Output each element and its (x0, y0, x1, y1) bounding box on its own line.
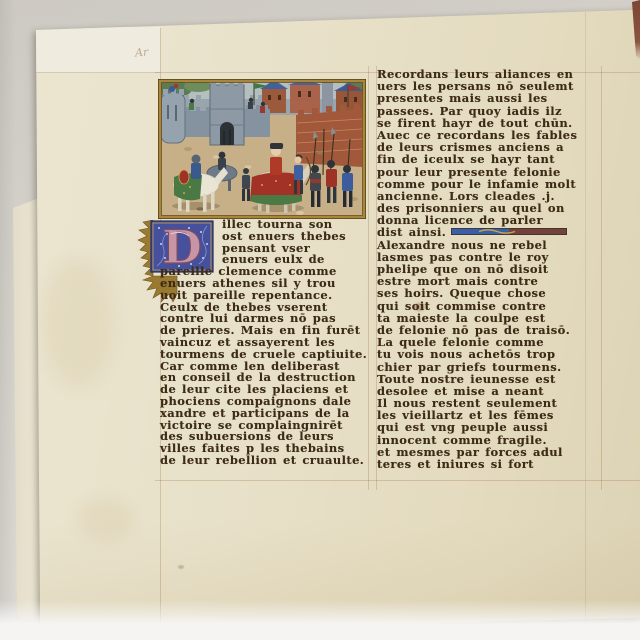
text-column-right: Recordans leurs aliances enuers les pers… (377, 68, 611, 470)
page-wrap: Ar (0, 0, 640, 640)
parchment-stain (42, 258, 114, 388)
text-line: teres et iniures si fort (377, 458, 611, 470)
text-column-left: illec tourna sonost enuers thebespensant… (160, 219, 370, 467)
miniature-battle-scene (158, 79, 366, 219)
text-line: de leur rebellion et cruaulte. (160, 455, 370, 467)
backdrop-bottom (0, 600, 640, 640)
ruling-line (155, 480, 640, 481)
text-line-text: de leur rebellion et cruaulte. (160, 453, 364, 467)
manuscript-page: Ar (0, 0, 640, 640)
folio-mark: Ar (134, 45, 148, 59)
text-line-text: teres et iniures si fort (377, 457, 534, 471)
photograph-backdrop: Ar (0, 0, 640, 640)
